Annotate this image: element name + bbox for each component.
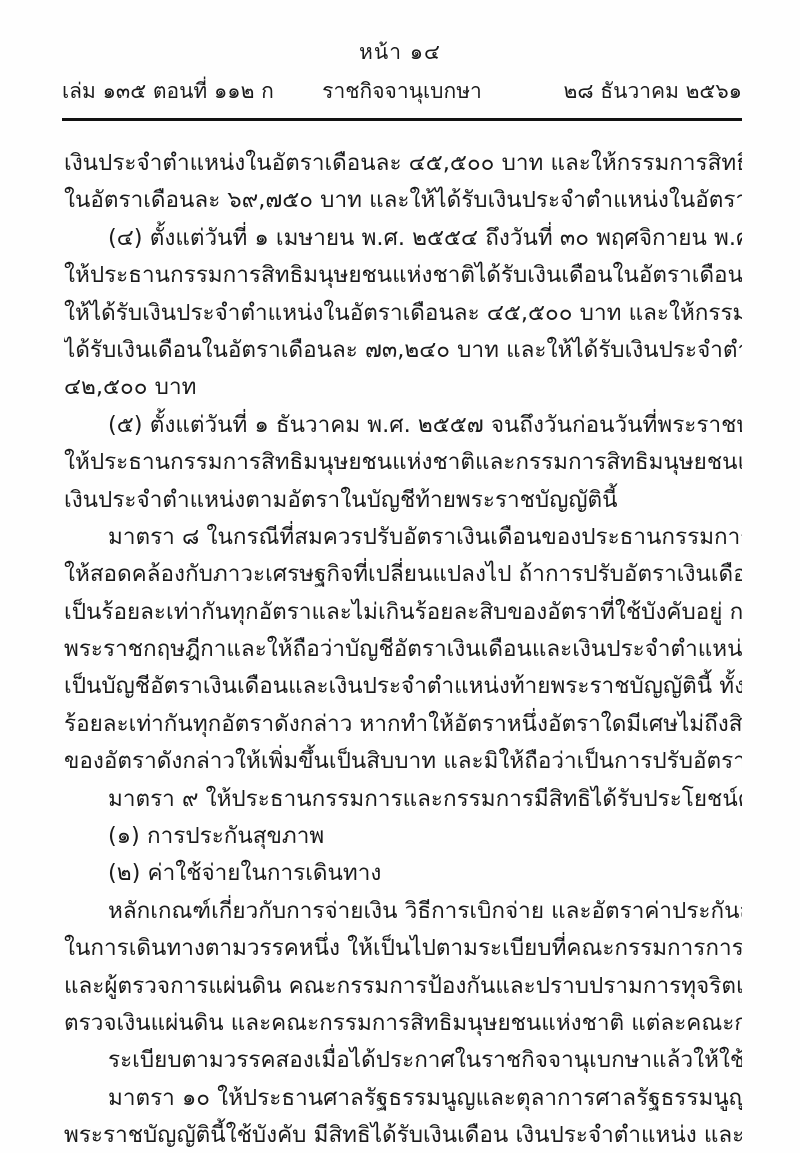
page-header: หน้า ๑๔ เล่ม ๑๓๕ ตอนที่ ๑๑๒ ก ราชกิจจานุ… <box>0 0 800 121</box>
text-line: ตรวจเงินแผ่นดิน และคณะกรรมการสิทธิมนุษยช… <box>64 1005 742 1042</box>
header-divider <box>62 118 742 121</box>
text-line: ร้อยละเท่ากันทุกอัตราดังกล่าว หากทำให้อั… <box>64 706 742 743</box>
text-line: เป็นบัญชีอัตราเงินเดือนและเงินประจำตำแหน… <box>64 668 742 705</box>
text-line: ได้รับเงินเดือนในอัตราเดือนละ ๗๓,๒๔๐ บาท… <box>64 332 742 369</box>
text-line: มาตรา ๙ ให้ประธานกรรมการและกรรมการมีสิทธ… <box>64 781 742 818</box>
header-row: เล่ม ๑๓๕ ตอนที่ ๑๑๒ ก ราชกิจจานุเบกษา ๒๘… <box>62 75 742 108</box>
text-line: (๔) ตั้งแต่วันที่ ๑ เมษายน พ.ศ. ๒๕๕๔ ถึง… <box>64 220 742 257</box>
text-line: พระราชกฤษฎีกาและให้ถือว่าบัญชีอัตราเงินเ… <box>64 631 742 668</box>
text-line: เป็นร้อยละเท่ากันทุกอัตราและไม่เกินร้อยล… <box>64 594 742 631</box>
text-line: ให้ได้รับเงินประจำตำแหน่งในอัตราเดือนละ … <box>64 295 742 332</box>
text-line: ให้ประธานกรรมการสิทธิมนุษยชนแห่งชาติได้ร… <box>64 257 742 294</box>
text-line: เงินประจำตำแหน่งตามอัตราในบัญชีท้ายพระรา… <box>64 482 742 519</box>
text-line: เงินประจำตำแหน่งในอัตราเดือนละ ๔๕,๕๐๐ บา… <box>64 145 742 182</box>
text-line: ๔๒,๕๐๐ บาท <box>64 369 742 406</box>
text-line: พระราชบัญญัตินี้ใช้บังคับ มีสิทธิได้รับเ… <box>64 1117 742 1153</box>
text-line: ในการเดินทางตามวรรคหนึ่ง ให้เป็นไปตามระเ… <box>64 930 742 967</box>
text-line: และผู้ตรวจการแผ่นดิน คณะกรรมการป้องกันแล… <box>64 968 742 1005</box>
text-line: มาตรา ๘ ในกรณีที่สมควรปรับอัตราเงินเดือน… <box>64 519 742 556</box>
text-line: ให้สอดคล้องกับภาวะเศรษฐกิจที่เปลี่ยนแปลง… <box>64 556 742 593</box>
text-line: ในอัตราเดือนละ ๖๙,๗๕๐ บาท และให้ได้รับเง… <box>64 182 742 219</box>
text-line: (๑) การประกันสุขภาพ <box>64 818 742 855</box>
gazette-page: หน้า ๑๔ เล่ม ๑๓๕ ตอนที่ ๑๑๒ ก ราชกิจจานุ… <box>0 0 800 1153</box>
text-line: มาตรา ๑๐ ให้ประธานศาลรัฐธรรมนูญและตุลากา… <box>64 1080 742 1117</box>
document-body: เงินประจำตำแหน่งในอัตราเดือนละ ๔๕,๕๐๐ บา… <box>64 145 742 1153</box>
text-line: ของอัตราดังกล่าวให้เพิ่มขึ้นเป็นสิบบาท แ… <box>64 743 742 780</box>
text-line: ให้ประธานกรรมการสิทธิมนุษยชนแห่งชาติและก… <box>64 444 742 481</box>
text-line: ระเบียบตามวรรคสองเมื่อได้ประกาศในราชกิจจ… <box>64 1042 742 1079</box>
gazette-title: ราชกิจจานุเบกษา <box>62 75 742 108</box>
page-number-label: หน้า ๑๔ <box>0 36 800 69</box>
text-line: (๒) ค่าใช้จ่ายในการเดินทาง <box>64 855 742 892</box>
text-line: หลักเกณฑ์เกี่ยวกับการจ่ายเงิน วิธีการเบิ… <box>64 893 742 930</box>
text-line: (๕) ตั้งแต่วันที่ ๑ ธันวาคม พ.ศ. ๒๕๕๗ จน… <box>64 407 742 444</box>
